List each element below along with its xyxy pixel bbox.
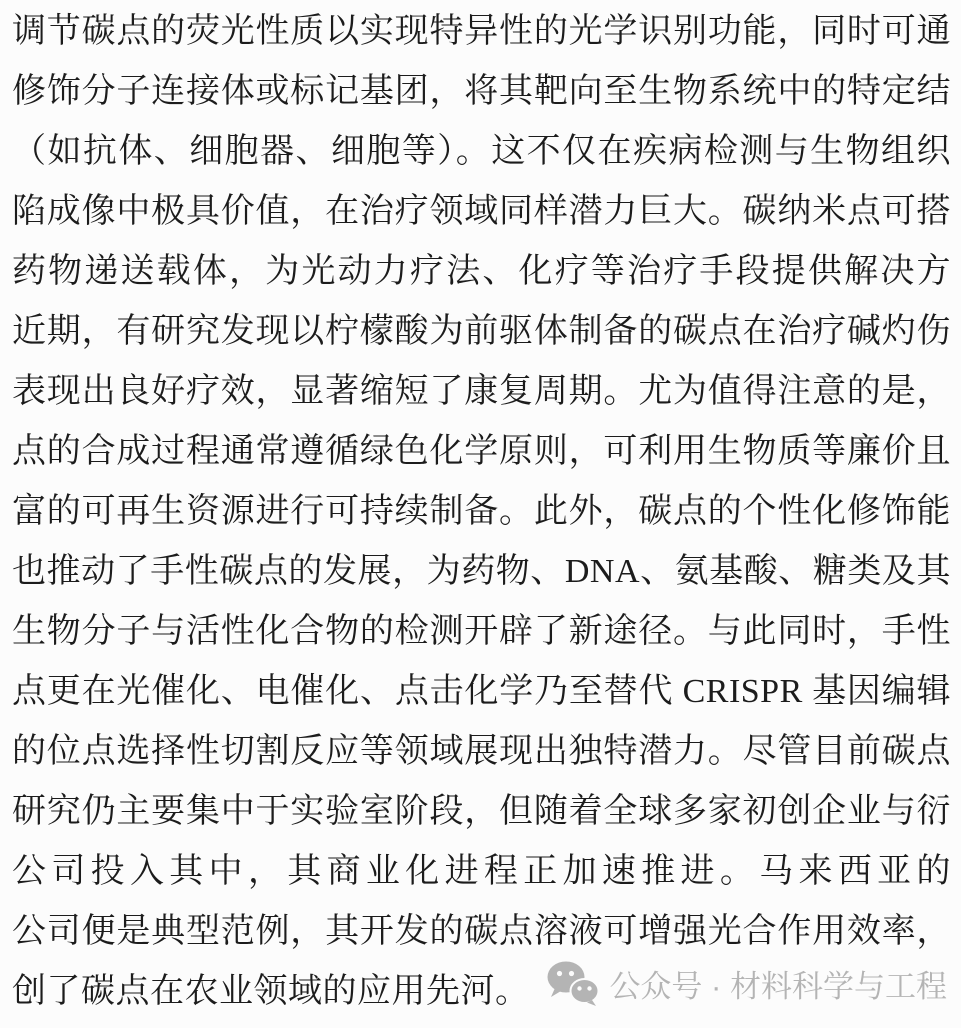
text-line: 近期，有研究发现以柠檬酸为前驱体制备的碳点在治疗碱灼伤中 — [12, 302, 951, 362]
text-line: 药物递送载体，为光动力疗法、化疗等治疗手段提供解决方案。 — [12, 242, 951, 302]
text-line: 点的合成过程通常遵循绿色化学原则，可利用生物质等廉价且丰 — [12, 422, 951, 482]
text-line: 修饰分子连接体或标记基团，将其靶向至生物系统中的特定结构 — [12, 62, 951, 122]
text-line: 公司便是典型范例，其开发的碳点溶液可增强光合作用效率，开 — [12, 902, 951, 962]
text-line: 生物分子与活性化合物的检测开辟了新途径。与此同时，手性碳 — [12, 602, 951, 662]
text-line: （如抗体、细胞器、细胞等）。这不仅在疾病检测与生物组织缺 — [12, 122, 951, 182]
article-text: 调节碳点的荧光性质以实现特异性的光学识别功能，同时可通过 修饰分子连接体或标记基… — [0, 0, 961, 1022]
text-line: 表现出良好疗效，显著缩短了康复周期。尤为值得注意的是，碳 — [12, 362, 951, 422]
text-line: 调节碳点的荧光性质以实现特异性的光学识别功能，同时可通过 — [12, 2, 951, 62]
text-line: 点更在光催化、电催化、点击化学乃至替代 CRISPR 基因编辑中 — [12, 662, 951, 722]
text-line: 公司投入其中，其商业化进程正加速推进。马来西亚的 Qarbotech — [12, 842, 951, 902]
text-line: 的位点选择性切割反应等领域展现出独特潜力。尽管目前碳点的 — [12, 722, 951, 782]
text-line: 也推动了手性碳点的发展，为药物、DNA、氨基酸、糖类及其他 — [12, 542, 951, 602]
watermark-label: 公众号 · 材料科学与工程 — [609, 961, 947, 1006]
watermark: 公众号 · 材料科学与工程 — [547, 960, 947, 1006]
wechat-icon — [547, 960, 599, 1006]
text-line: 研究仍主要集中于实验室阶段，但随着全球多家初创企业与衍生 — [12, 782, 951, 842]
text-line: 富的可再生资源进行可持续制备。此外，碳点的个性化修饰能力 — [12, 482, 951, 542]
text-line: 陷成像中极具价值，在治疗领域同样潜力巨大。碳纳米点可搭载 — [12, 182, 951, 242]
